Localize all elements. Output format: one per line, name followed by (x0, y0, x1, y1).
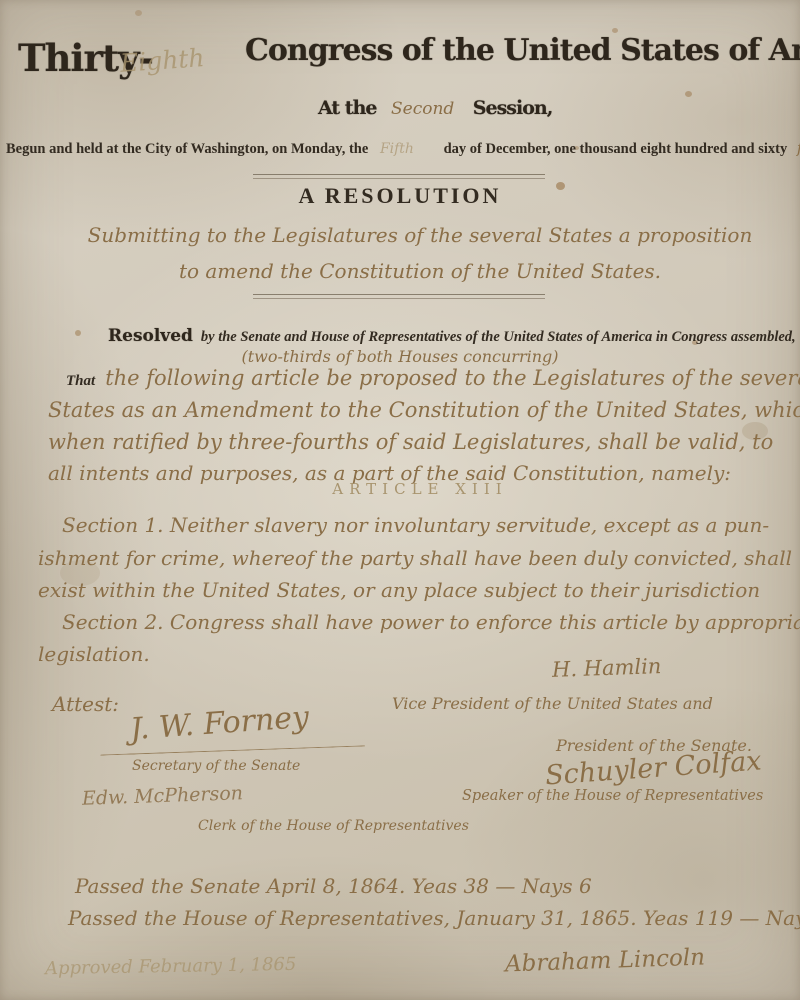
colfax-title: Speaker of the House of Representatives (462, 788, 763, 804)
body-text-1: the following article be proposed to the… (105, 366, 800, 390)
resolved-clause: by the Senate and House of Representativ… (201, 329, 796, 345)
convened-day-handwritten: Fifth (380, 141, 414, 157)
session-suffix: Session, (473, 97, 553, 119)
stain-spot (135, 10, 142, 16)
attest-label: Attest: (52, 692, 119, 716)
concurring-note: (two-thirds of both Houses concurring) (0, 347, 800, 366)
body-line-2: States as an Amendment to the Constituti… (48, 398, 800, 422)
divider-rule-top (253, 174, 545, 179)
mcpherson-title: Clerk of the House of Representatives (198, 818, 469, 834)
document-scan: Thirty- Eighth Congress of the United St… (0, 0, 800, 1000)
session-handwritten: Second (391, 99, 454, 119)
body-line-3: when ratified by three-fourths of said L… (48, 430, 773, 454)
resolution-subtitle-1: Submitting to the Legislatures of the se… (0, 223, 800, 247)
section-1-line-1: Section 1. Neither slavery nor involunta… (62, 513, 769, 537)
hamlin-signature: H. Hamlin (552, 654, 662, 682)
section-2-line-2: legislation. (38, 642, 150, 666)
article-heading: ARTICLE XIII (0, 480, 800, 498)
stain-spot (75, 330, 81, 336)
senate-passage-line: Passed the Senate April 8, 1864. Yeas 38… (75, 874, 592, 898)
hamlin-title-1: Vice President of the United States and (392, 694, 713, 713)
resolved-line: Resolved by the Senate and House of Repr… (108, 326, 796, 346)
approved-line: Approved February 1, 1865 (45, 954, 297, 979)
session-prefix: At the (318, 97, 376, 119)
resolution-subtitle-2: to amend the Constitution of the United … (0, 259, 800, 283)
convened-line: Begun and held at the City of Washington… (6, 139, 800, 158)
that-word: That (66, 373, 95, 389)
resolution-heading: A RESOLUTION (250, 183, 550, 209)
lincoln-signature: Abraham Lincoln (505, 945, 706, 978)
session-line: At the Second Session, (318, 97, 552, 119)
section-1-line-2: ishment for crime, whereof the party sha… (38, 546, 792, 570)
section-2-line-1: Section 2. Congress shall have power to … (62, 610, 800, 634)
stain-spot (556, 182, 565, 190)
divider-rule-middle (253, 294, 545, 299)
mcpherson-signature: Edw. McPherson (82, 782, 244, 810)
house-passage-line: Passed the House of Representatives, Jan… (68, 906, 800, 930)
stain-spot (685, 91, 692, 97)
section-1-line-3: exist within the United States, or any p… (38, 578, 760, 602)
congress-number-handwritten: Eighth (119, 43, 205, 78)
body-line-1: That the following article be proposed t… (66, 366, 800, 390)
convened-printed-2: day of December, one thousand eight hund… (444, 141, 788, 157)
resolved-word: Resolved (108, 326, 193, 346)
document-title: Congress of the United States of America… (245, 33, 793, 68)
convened-printed-1: Begun and held at the City of Washington… (6, 141, 368, 157)
forney-title: Secretary of the Senate (132, 758, 300, 774)
